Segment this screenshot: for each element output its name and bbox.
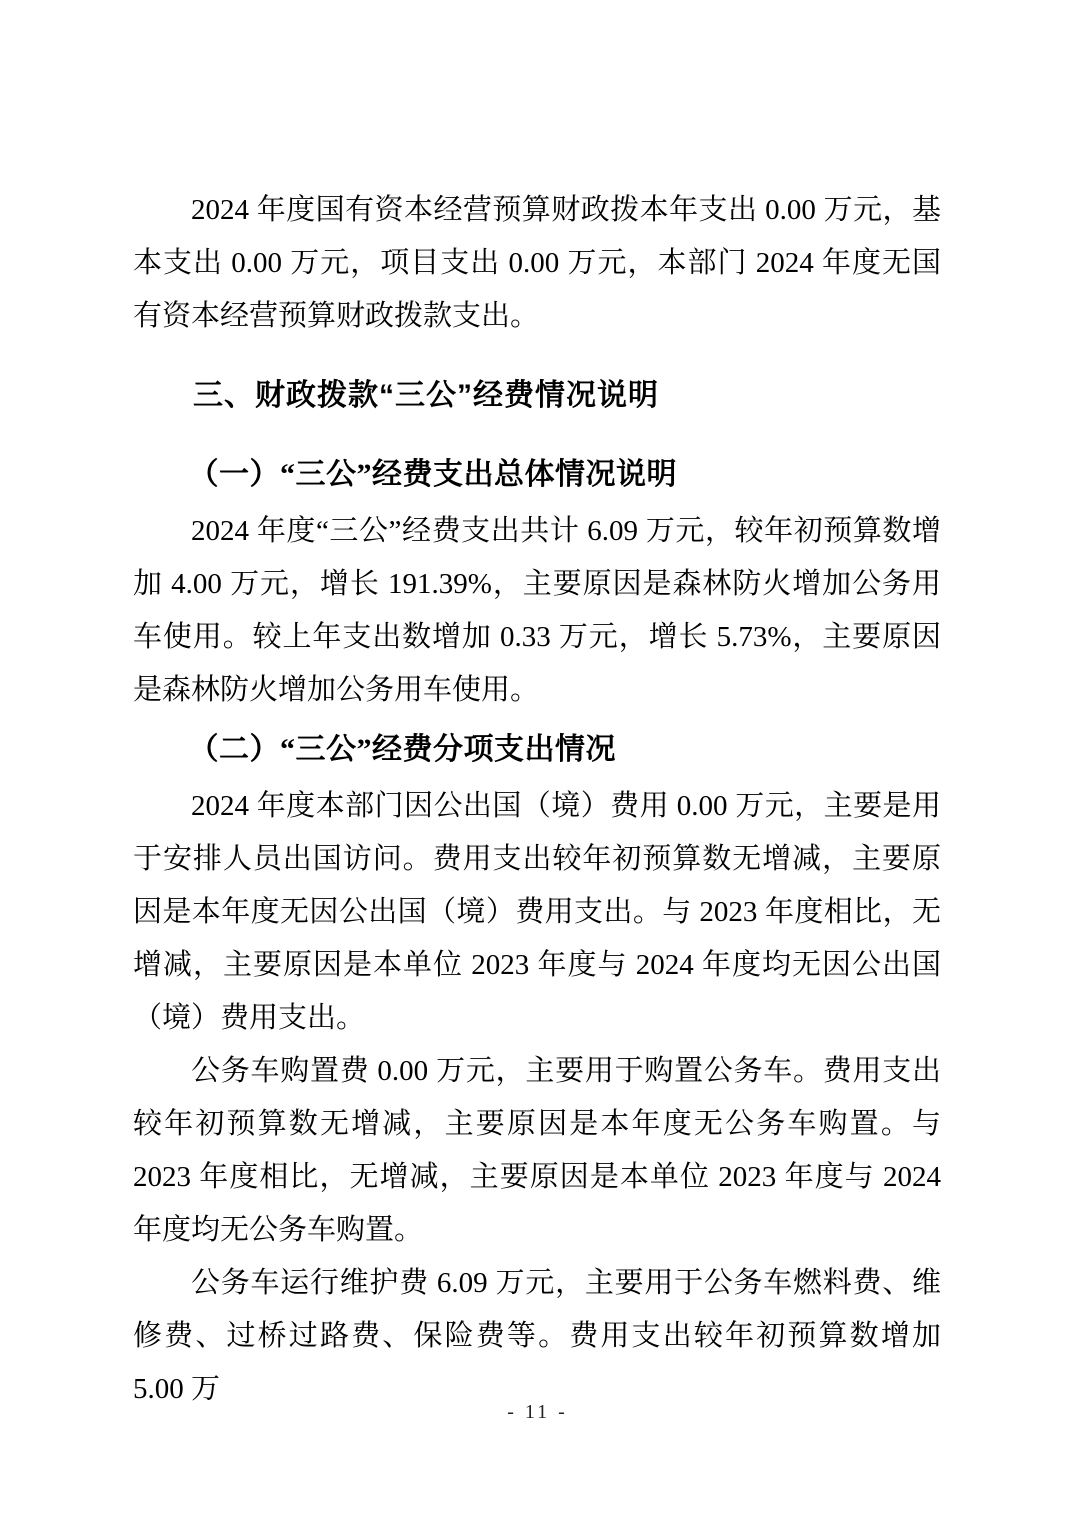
document-body: 2024 年度国有资本经营预算财政拨本年支出 0.00 万元，基本支出 0.00… (133, 184, 941, 1416)
paragraph-official-vehicle-purchase: 公务车购置费 0.00 万元，主要用于购置公务车。费用支出较年初预算数无增减，主… (133, 1045, 941, 1257)
subsection-heading-itemized-expenditure: （二）“三公”经费分项支出情况 (133, 723, 941, 776)
paragraph-state-capital-budget: 2024 年度国有资本经营预算财政拨本年支出 0.00 万元，基本支出 0.00… (133, 184, 941, 343)
page-number: - 11 - (0, 1398, 1075, 1426)
subsection-heading-overall-expenditure: （一）“三公”经费支出总体情况说明 (133, 448, 941, 501)
paragraph-overall-expenditure: 2024 年度“三公”经费支出共计 6.09 万元，较年初预算数增加 4.00 … (133, 505, 941, 717)
paragraph-official-vehicle-maintenance: 公务车运行维护费 6.09 万元，主要用于公务车燃料费、维修费、过桥过路费、保险… (133, 1257, 941, 1416)
paragraph-overseas-travel-expense: 2024 年度本部门因公出国（境）费用 0.00 万元，主要是用于安排人员出国访… (133, 780, 941, 1045)
section-heading-three-public-funds: 三、财政拨款“三公”经费情况说明 (133, 369, 941, 422)
document-page: 2024 年度国有资本经营预算财政拨本年支出 0.00 万元，基本支出 0.00… (0, 0, 1075, 1520)
